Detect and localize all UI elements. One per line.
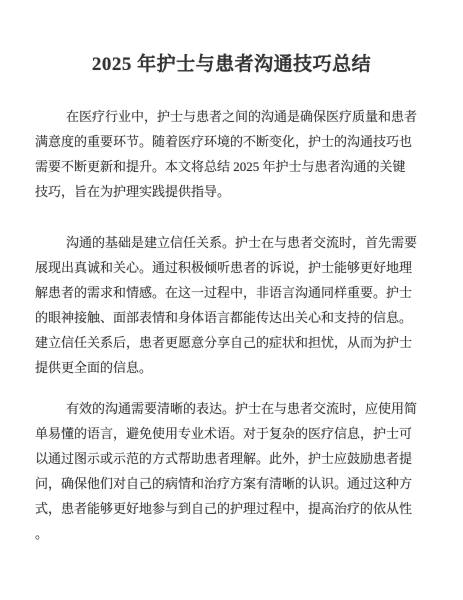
text-line: 技巧，旨在为护理实践提供指导。 xyxy=(35,179,463,204)
text-line: 的眼神接触、面部表情和身体语言都能传达出关心和支持的信息。 xyxy=(35,305,463,330)
text-line: 需要不断更新和提升。本文将总结 2025 年护士与患者沟通的关键 xyxy=(35,154,463,179)
text-line: 单易懂的语言，避免使用专业术语。对于复杂的医疗信息，护士可 xyxy=(35,421,463,446)
paragraph-trust: 沟通的基础是建立信任关系。护士在与患者交流时，首先需要 展现出真诚和关心。通过积… xyxy=(35,230,463,380)
paragraph-expression: 有效的沟通需要清晰的表达。护士在与患者交流时，应使用简 单易懂的语言，避免使用专… xyxy=(35,396,463,546)
text-line: 解患者的需求和情感。在这一过程中，非语言沟通同样重要。护士 xyxy=(35,280,463,305)
document-body: 在医疗行业中，护士与患者之间的沟通是确保医疗质量和患者 满意度的重要环节。随着医… xyxy=(0,104,463,546)
document-page: 2025 年护士与患者沟通技巧总结 在医疗行业中，护士与患者之间的沟通是确保医疗… xyxy=(0,0,463,600)
text-line: 以通过图示或示范的方式帮助患者理解。此外，护士应鼓励患者提 xyxy=(35,446,463,471)
text-line: 沟通的基础是建立信任关系。护士在与患者交流时，首先需要 xyxy=(35,230,463,255)
document-title: 2025 年护士与患者沟通技巧总结 xyxy=(0,0,463,80)
paragraph-intro: 在医疗行业中，护士与患者之间的沟通是确保医疗质量和患者 满意度的重要环节。随着医… xyxy=(35,104,463,204)
text-line: 提供更全面的信息。 xyxy=(35,355,463,380)
text-line: 展现出真诚和关心。通过积极倾听患者的诉说，护士能够更好地理 xyxy=(35,255,463,280)
text-line: 问，确保他们对自己的病情和治疗方案有清晰的认识。通过这种方 xyxy=(35,471,463,496)
text-line: 建立信任关系后，患者更愿意分享自己的症状和担忧，从而为护士 xyxy=(35,330,463,355)
text-line: 。 xyxy=(35,521,463,546)
text-line: 有效的沟通需要清晰的表达。护士在与患者交流时，应使用简 xyxy=(35,396,463,421)
text-line: 在医疗行业中，护士与患者之间的沟通是确保医疗质量和患者 xyxy=(35,104,463,129)
text-line: 式，患者能够更好地参与到自己的护理过程中，提高治疗的依从性 xyxy=(35,496,463,521)
text-line: 满意度的重要环节。随着医疗环境的不断变化，护士的沟通技巧也 xyxy=(35,129,463,154)
